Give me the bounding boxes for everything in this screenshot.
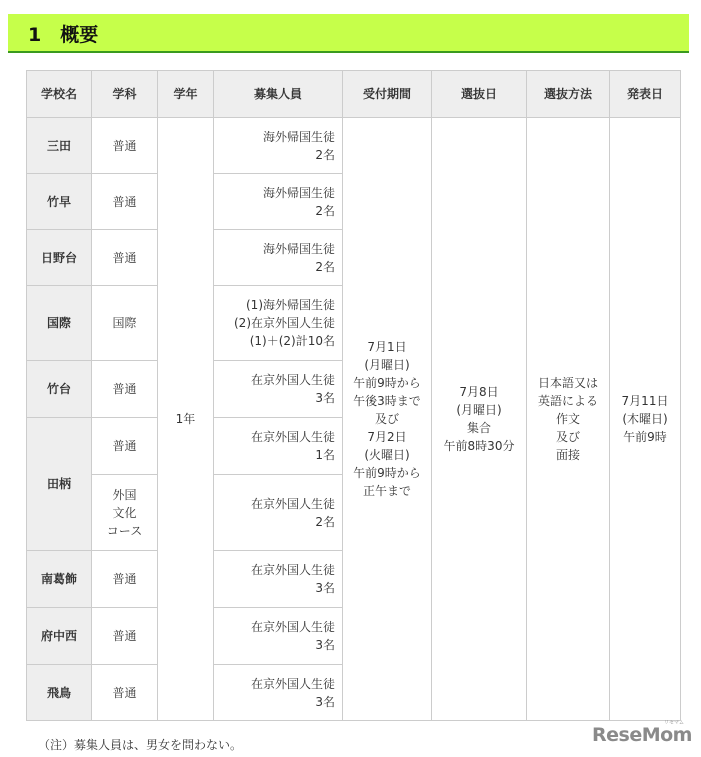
course-cell: 普通 [92,551,158,608]
selection-date-line: (月曜日) [438,401,520,419]
selection-date-line: 集合 [438,419,520,437]
school-name: 日野台 [27,230,92,286]
capacity-line: 2名 [220,202,335,220]
capacity-line: 3名 [220,389,335,407]
capacity-cell: 在京外国人生徒 3名 [214,361,343,418]
reception-line: 午後3時まで [349,392,425,410]
capacity-line: 在京外国人生徒 [220,618,335,636]
header-selection-method: 選抜方法 [527,71,610,118]
capacity-line: 海外帰国生徒 [220,184,335,202]
table-header-row: 学校名 学科 学年 募集人員 受付期間 選抜日 選抜方法 発表日 [27,71,681,118]
section-heading-bar: 1 概要 [8,14,689,53]
course-text: 普通 [98,249,151,267]
school-name: 府中西 [27,608,92,665]
header-selection-date: 選抜日 [432,71,527,118]
capacity-line: 2名 [220,258,335,276]
capacity-cell: 在京外国人生徒 3名 [214,608,343,665]
capacity-line: 3名 [220,636,335,654]
selection-date-line: 7月8日 [438,383,520,401]
header-capacity: 募集人員 [214,71,343,118]
header-school-name: 学校名 [27,71,92,118]
selection-date-cell: 7月8日 (月曜日) 集合 午前8時30分 [432,118,527,721]
course-cell: 普通 [92,118,158,174]
course-text: 国際 [98,314,151,332]
selection-method-line: 日本語又は [533,374,603,392]
course-text: 普通 [98,193,151,211]
course-text: 文化 [98,504,151,522]
course-cell: 普通 [92,608,158,665]
course-cell: 普通 [92,665,158,721]
school-name: 三田 [27,118,92,174]
selection-method-cell: 日本語又は 英語による 作文 及び 面接 [527,118,610,721]
course-text: 普通 [98,137,151,155]
selection-method-line: 面接 [533,446,603,464]
school-name: 田柄 [27,418,92,551]
capacity-line: 在京外国人生徒 [220,495,335,513]
reception-period-cell: 7月1日 (月曜日) 午前9時から 午後3時まで 及び 7月2日 (火曜日) 午… [343,118,432,721]
capacity-cell: 在京外国人生徒 2名 [214,475,343,551]
capacity-cell: 在京外国人生徒 1名 [214,418,343,475]
course-text: 普通 [98,437,151,455]
capacity-line: 2名 [220,146,335,164]
header-reception-period: 受付期間 [343,71,432,118]
course-text: 普通 [98,627,151,645]
reception-line: 及び [349,410,425,428]
resemom-logo: リセマム ReseMom [592,722,692,750]
school-name: 竹台 [27,361,92,418]
announcement-date-cell: 7月11日 (木曜日) 午前9時 [610,118,681,721]
selection-method-line: 及び [533,428,603,446]
announcement-line: (木曜日) [616,410,674,428]
logo-text: ReseMom [592,724,692,746]
course-cell: 普通 [92,174,158,230]
course-text: 普通 [98,684,151,702]
school-name: 飛鳥 [27,665,92,721]
capacity-line: 2名 [220,513,335,531]
capacity-line: 海外帰国生徒 [220,240,335,258]
capacity-line: 在京外国人生徒 [220,675,335,693]
capacity-line: 在京外国人生徒 [220,371,335,389]
capacity-line: 3名 [220,693,335,711]
selection-date-line: 午前8時30分 [438,437,520,455]
reception-line: 正午まで [349,482,425,500]
capacity-line: (1)海外帰国生徒 [220,296,335,314]
overview-table: 学校名 学科 学年 募集人員 受付期間 選抜日 選抜方法 発表日 三田 普通 1… [26,70,681,721]
course-cell: 外国 文化 コース [92,475,158,551]
capacity-line: 在京外国人生徒 [220,561,335,579]
capacity-cell: (1)海外帰国生徒 (2)在京外国人生徒 (1)＋(2)計10名 [214,286,343,361]
table-row: 三田 普通 1年 海外帰国生徒 2名 7月1日 (月曜日) 午前9時から 午後3… [27,118,681,174]
capacity-cell: 在京外国人生徒 3名 [214,665,343,721]
capacity-cell: 海外帰国生徒 2名 [214,118,343,174]
course-cell: 普通 [92,361,158,418]
capacity-line: 在京外国人生徒 [220,428,335,446]
capacity-line: (1)＋(2)計10名 [220,332,335,350]
reception-line: 7月2日 [349,428,425,446]
grade-cell: 1年 [158,118,214,721]
reception-line: 午前9時から [349,464,425,482]
header-announcement-date: 発表日 [610,71,681,118]
school-name: 竹早 [27,174,92,230]
course-text: コース [98,522,151,540]
course-cell: 普通 [92,230,158,286]
announcement-line: 午前9時 [616,428,674,446]
capacity-line: 3名 [220,579,335,597]
capacity-line: (2)在京外国人生徒 [220,314,335,332]
capacity-cell: 在京外国人生徒 3名 [214,551,343,608]
course-cell: 国際 [92,286,158,361]
reception-line: (月曜日) [349,356,425,374]
course-cell: 普通 [92,418,158,475]
selection-method-line: 作文 [533,410,603,428]
announcement-line: 7月11日 [616,392,674,410]
header-course: 学科 [92,71,158,118]
capacity-line: 1名 [220,446,335,464]
section-heading: 1 概要 [28,20,98,47]
course-text: 普通 [98,380,151,398]
grade-text: 1年 [176,412,196,426]
capacity-cell: 海外帰国生徒 2名 [214,230,343,286]
selection-method-line: 英語による [533,392,603,410]
reception-line: (火曜日) [349,446,425,464]
footnote: （注）募集人員は、男女を問わない。 [38,736,242,753]
capacity-line: 海外帰国生徒 [220,128,335,146]
course-text: 外国 [98,486,151,504]
course-text: 普通 [98,570,151,588]
header-grade: 学年 [158,71,214,118]
capacity-cell: 海外帰国生徒 2名 [214,174,343,230]
reception-line: 7月1日 [349,338,425,356]
school-name: 南葛飾 [27,551,92,608]
reception-line: 午前9時から [349,374,425,392]
school-name: 国際 [27,286,92,361]
